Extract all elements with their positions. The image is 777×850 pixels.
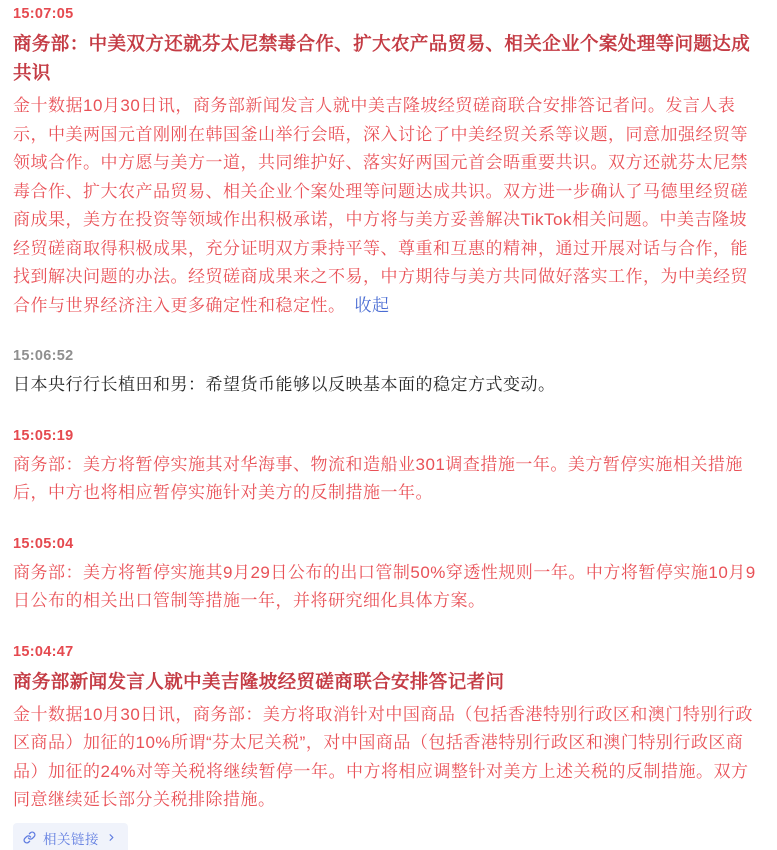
link-icon: [23, 831, 36, 844]
news-text: 日本央行行长植田和男：希望货币能够以反映基本面的稳定方式变动。: [13, 375, 556, 394]
news-title: 商务部：中美双方还就芬太尼禁毒合作、扩大农产品贸易、相关企业个案处理等问题达成共…: [13, 29, 764, 87]
news-text: 金十数据10月30日讯，商务部新闻发言人就中美吉隆坡经贸磋商联合安排答记者问。发…: [13, 96, 748, 315]
news-text: 商务部：美方将暂停实施其对华海事、物流和造船业301调查措施一年。美方暂停实施相…: [13, 455, 743, 503]
news-feed: 15:07:05 商务部：中美双方还就芬太尼禁毒合作、扩大农产品贸易、相关企业个…: [0, 0, 777, 850]
news-content: 商务部：美方将暂停实施其9月29日公布的出口管制50%穿透性规则一年。中方将暂停…: [13, 559, 764, 616]
related-links-label: 相关链接: [43, 828, 99, 848]
news-timestamp: 15:05:04: [13, 533, 764, 555]
news-timestamp: 15:05:19: [13, 425, 764, 447]
news-item: 15:05:19 商务部：美方将暂停实施其对华海事、物流和造船业301调查措施一…: [13, 425, 764, 508]
news-item: 15:04:47 商务部新闻发言人就中美吉隆坡经贸磋商联合安排答记者问 金十数据…: [13, 641, 764, 850]
chevron-right-icon: [106, 832, 117, 843]
news-timestamp: 15:04:47: [13, 641, 764, 663]
news-item: 15:07:05 商务部：中美双方还就芬太尼禁毒合作、扩大农产品贸易、相关企业个…: [13, 3, 764, 320]
news-item: 15:05:04 商务部：美方将暂停实施其9月29日公布的出口管制50%穿透性规…: [13, 533, 764, 616]
news-text: 金十数据10月30日讯，商务部：美方将取消针对中国商品（包括香港特别行政区和澳门…: [13, 705, 753, 810]
news-timestamp: 15:07:05: [13, 3, 764, 25]
news-text: 商务部：美方将暂停实施其9月29日公布的出口管制50%穿透性规则一年。中方将暂停…: [13, 563, 756, 611]
news-content: 日本央行行长植田和男：希望货币能够以反映基本面的稳定方式变动。: [13, 371, 764, 400]
news-content: 金十数据10月30日讯，商务部新闻发言人就中美吉隆坡经贸磋商联合安排答记者问。发…: [13, 92, 764, 320]
news-item: 15:06:52 日本央行行长植田和男：希望货币能够以反映基本面的稳定方式变动。: [13, 345, 764, 400]
collapse-link[interactable]: 收起: [355, 296, 390, 315]
news-timestamp: 15:06:52: [13, 345, 764, 367]
news-content: 商务部：美方将暂停实施其对华海事、物流和造船业301调查措施一年。美方暂停实施相…: [13, 451, 764, 508]
related-links-button[interactable]: 相关链接: [13, 823, 128, 850]
item-footer: 相关链接: [13, 823, 764, 850]
news-content: 金十数据10月30日讯，商务部：美方将取消针对中国商品（包括香港特别行政区和澳门…: [13, 701, 764, 815]
news-title: 商务部新闻发言人就中美吉隆坡经贸磋商联合安排答记者问: [13, 667, 764, 696]
